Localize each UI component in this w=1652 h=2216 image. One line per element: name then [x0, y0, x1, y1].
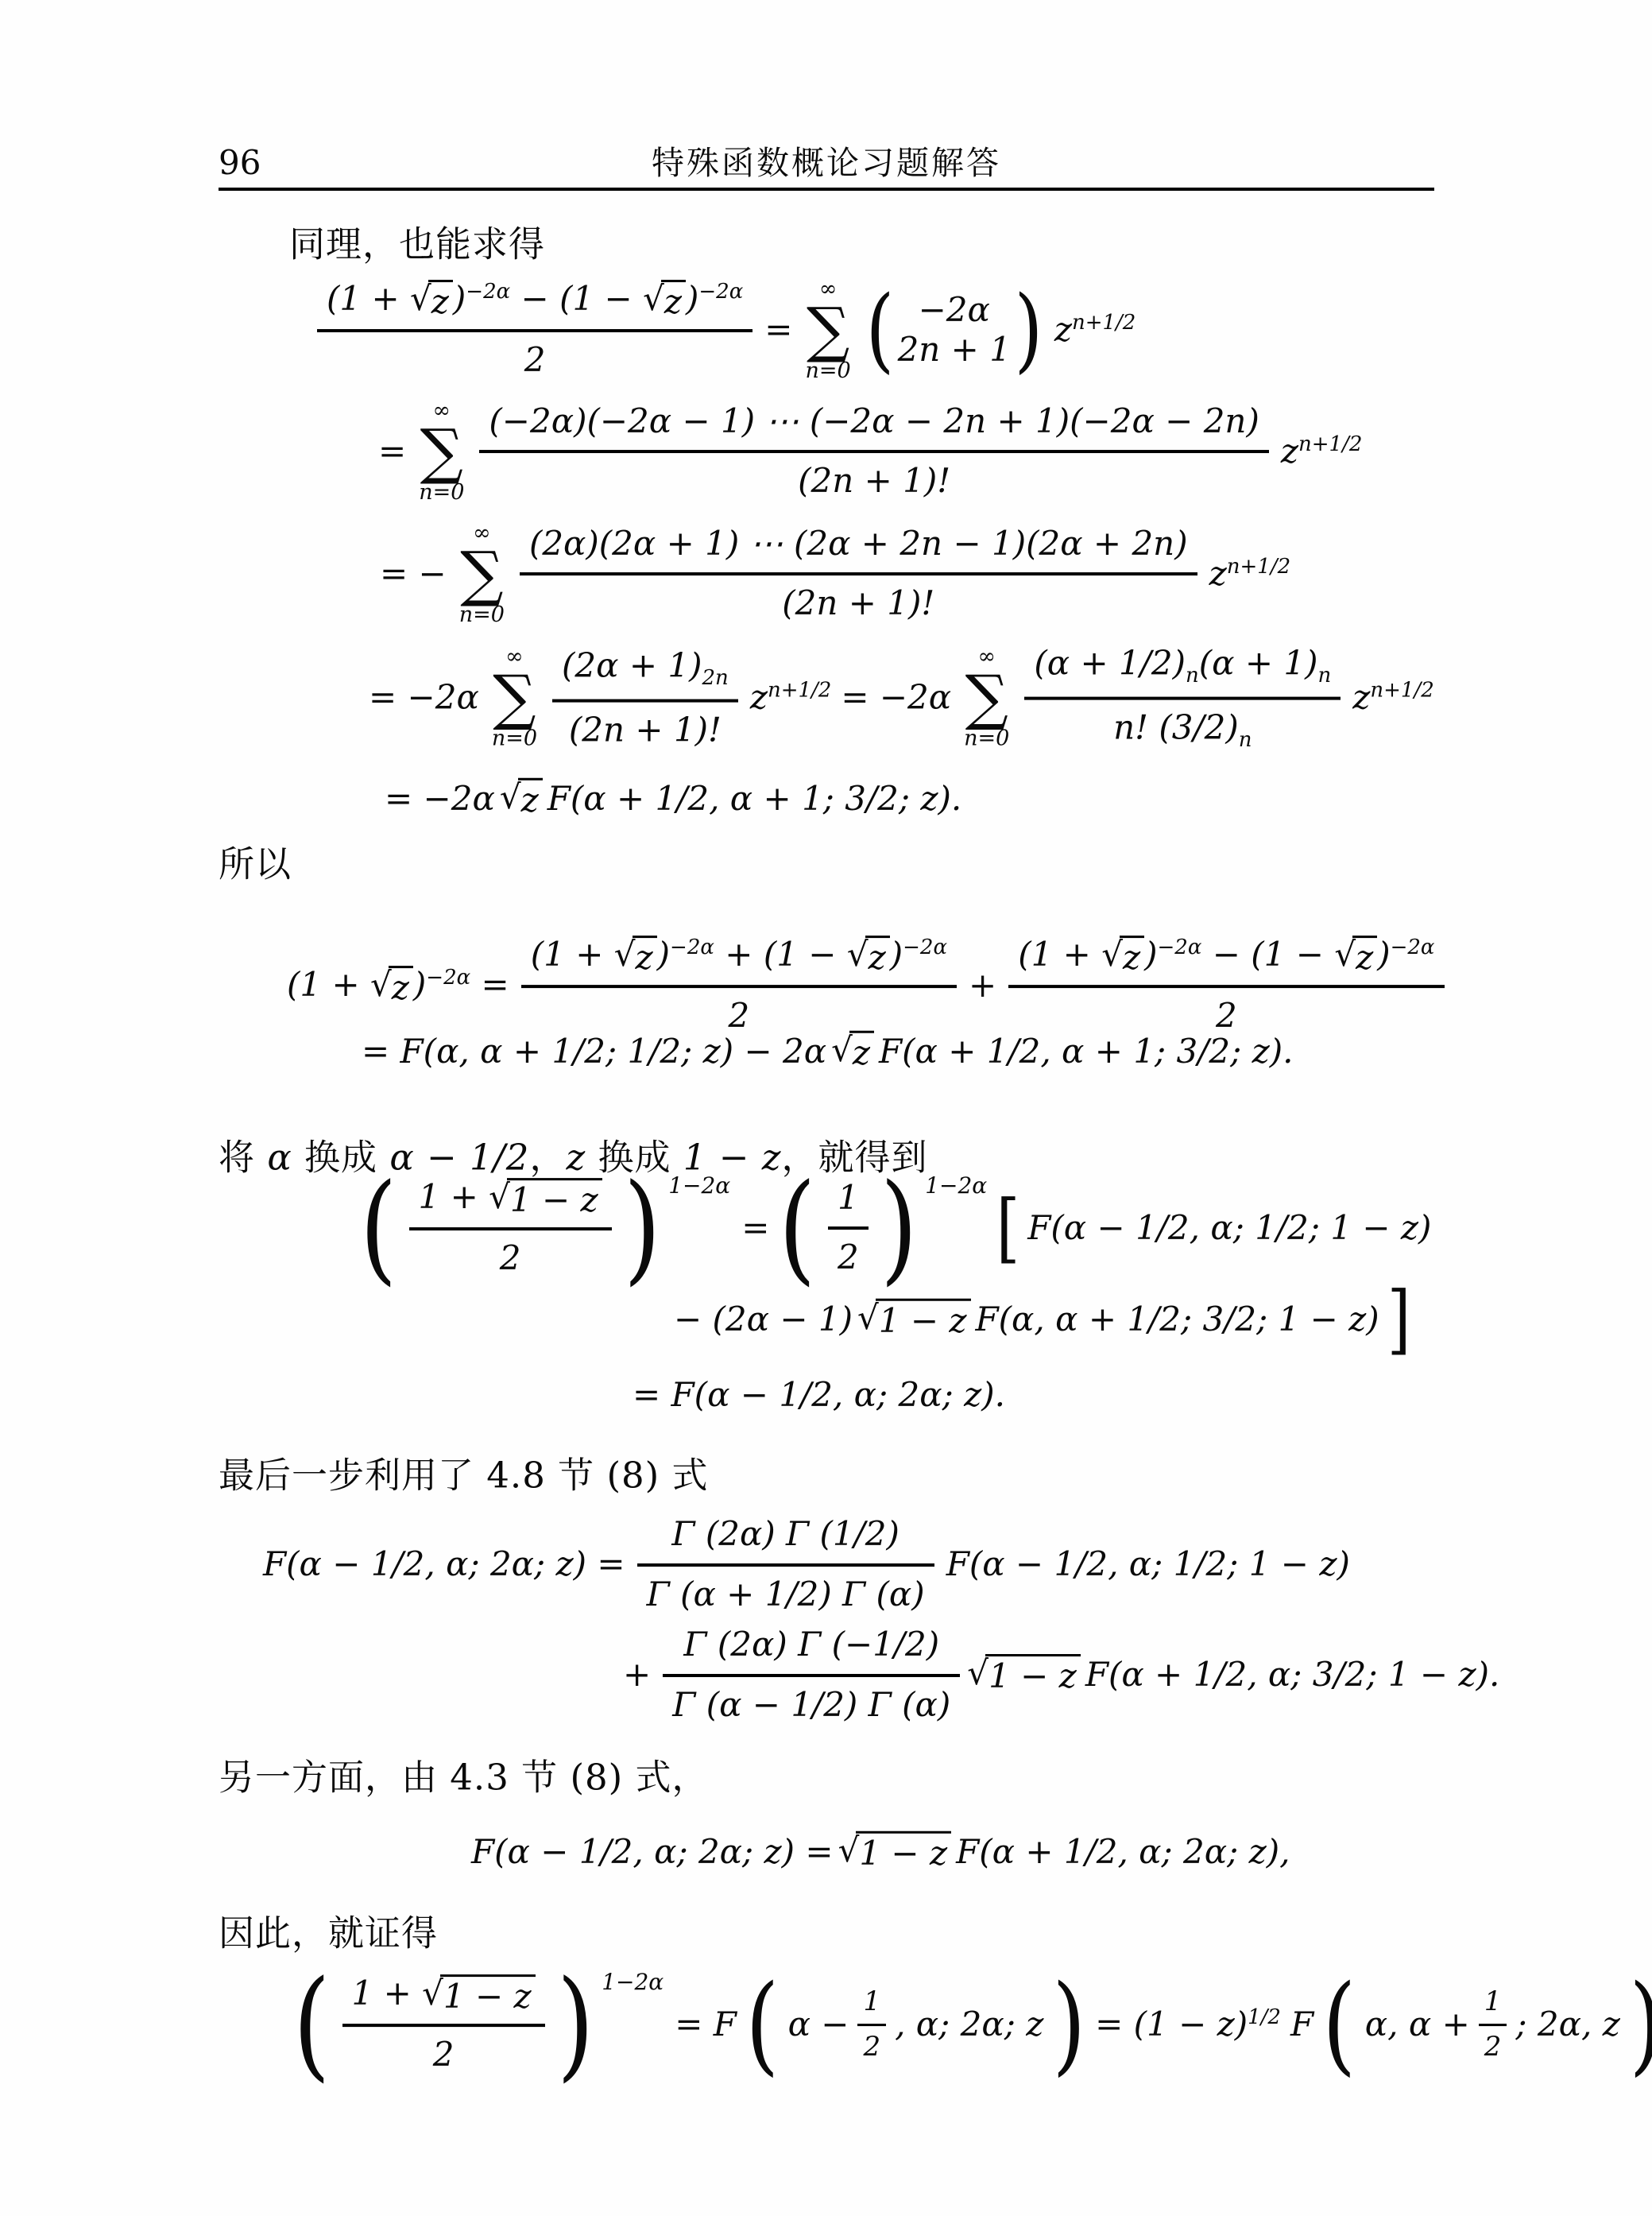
- equation-a2: = ∞ ∑ n=0 (−2α)(−2α − 1) ⋯ (−2α − 2n + 1…: [373, 397, 1367, 506]
- paragraph-therefore: 所以: [219, 835, 292, 887]
- fraction: 1 + √1 − z 2: [409, 1175, 612, 1281]
- equation-a1: (1 + √z)−2α − (1 − √z)−2α 2 = ∞ ∑ n=0 ( …: [310, 276, 1140, 384]
- equation-c3: = F(α − 1/2, α; 2α; z).: [628, 1374, 1010, 1416]
- fraction: Γ (2α) Γ (−1/2) Γ (α − 1/2) Γ (α): [663, 1622, 960, 1727]
- equation-f1: ( 1 + √1 − z 2 ) 1−2α = F ( α − 1 2 , α;…: [288, 1971, 1652, 2078]
- equals-sign: =: [764, 309, 792, 351]
- summation: ∞ ∑ n=0: [459, 520, 505, 628]
- plus-sign: +: [623, 1654, 651, 1696]
- sigma-icon: ∑: [965, 670, 1008, 726]
- sigma-icon: ∑: [420, 424, 463, 479]
- power-term: zn+1/2: [1352, 677, 1434, 719]
- binomial-coefficient: ( −2α2n + 1 ): [862, 290, 1047, 370]
- fraction-numerator: (1 + √z)−2α − (1 − √z)−2α: [317, 277, 752, 332]
- relation: = −2α: [369, 677, 479, 719]
- page-title: 特殊函数概论习题解答: [314, 137, 1339, 184]
- power-term: zn+1/2: [1209, 553, 1291, 595]
- sqrt-icon: √z: [500, 778, 543, 819]
- fraction: (1 + √z)−2α + (1 − √z)−2α 2: [521, 932, 957, 1039]
- paragraph-substitute: 将 α 换成 α − 1/2，z 换成 1 − z，就得到: [219, 1129, 927, 1180]
- fraction: (−2α)(−2α − 1) ⋯ (−2α − 2n + 1)(−2α − 2n…: [479, 399, 1268, 504]
- fraction: 1 + √1 − z 2: [342, 1971, 545, 2078]
- sqrt-icon: √z: [1334, 936, 1377, 977]
- exponent: 1−2α: [668, 1172, 730, 1199]
- header-rule: [219, 188, 1434, 191]
- equation-d2: + Γ (2α) Γ (−1/2) Γ (α − 1/2) Γ (α) √1 −…: [618, 1622, 1504, 1727]
- equation-c2: − (2α − 1) √1 − z F(α, α + 1/2; 3/2; 1 −…: [669, 1299, 1414, 1341]
- power-term: zn+1/2: [1054, 309, 1136, 351]
- sqrt-icon: √1 − z: [422, 1974, 536, 2016]
- fraction: (1 + √z)−2α − (1 − √z)−2α 2: [317, 277, 752, 383]
- sqrt-icon: √1 − z: [838, 1831, 952, 1873]
- equals-sign: =: [378, 431, 406, 473]
- sigma-icon: ∑: [493, 670, 536, 726]
- exponent: 1−2α: [925, 1172, 987, 1199]
- sqrt-icon: √1 − z: [489, 1178, 602, 1219]
- sqrt-icon: √1 − z: [857, 1299, 971, 1340]
- summation: ∞ ∑ n=0: [805, 276, 850, 384]
- summation: ∞ ∑ n=0: [492, 644, 537, 752]
- fraction-denominator: 2: [317, 332, 752, 383]
- fraction: (2α)(2α + 1) ⋯ (2α + 2n − 1)(2α + 2n) (2…: [520, 521, 1197, 626]
- equation-d1: F(α − 1/2, α; 2α; z) = Γ (2α) Γ (1/2) Γ …: [258, 1512, 1355, 1617]
- sqrt-icon: √z: [614, 936, 657, 977]
- sum-lower-limit: n=0: [805, 358, 850, 384]
- page-number: 96: [219, 143, 314, 182]
- sigma-icon: ∑: [807, 302, 849, 358]
- sqrt-icon: √z: [643, 280, 686, 321]
- equation-b1: (1 + √z)−2α = (1 + √z)−2α + (1 − √z)−2α …: [282, 932, 1452, 1039]
- exponent: 1−2α: [602, 1968, 664, 1996]
- fraction: (1 + √z)−2α − (1 − √z)−2α 2: [1008, 932, 1444, 1039]
- fraction: (α + 1/2)n(α + 1)n n! (3/2)n: [1024, 641, 1341, 755]
- equation-e1: F(α − 1/2, α; 2α; z) = √1 − z F(α + 1/2,…: [466, 1831, 1295, 1873]
- relation: = F: [675, 2004, 737, 2046]
- sqrt-icon: √z: [370, 966, 413, 1007]
- sqrt-icon: √z: [410, 280, 453, 321]
- fraction: 1 2: [828, 1176, 869, 1280]
- paragraph-laststep: 最后一步利用了 4.8 节 (8) 式: [219, 1447, 709, 1498]
- equation-c1: ( 1 + √1 − z 2 ) 1−2α = ( 1 2 ) 1−2α [ F…: [355, 1175, 1436, 1281]
- fraction: Γ (2α) Γ (1/2) Γ (α + 1/2) Γ (α): [637, 1512, 934, 1617]
- relation: = (1 − z)1/2: [1095, 2004, 1281, 2046]
- relation: = −2α: [841, 677, 951, 719]
- equation-b2: = F(α, α + 1/2; 1/2; z) − 2α √z F(α + 1/…: [357, 1031, 1298, 1073]
- power-term: zn+1/2: [1281, 431, 1363, 473]
- sigma-icon: ∑: [460, 546, 503, 602]
- equals-sign: =: [741, 1207, 769, 1249]
- book-page: 96 特殊函数概论习题解答 同理，也能求得 (1 + √z)−2α − (1 −…: [0, 0, 1652, 2216]
- plus-sign: +: [969, 965, 996, 1007]
- fraction: 1 2: [857, 1985, 886, 2063]
- summation: ∞ ∑ n=0: [419, 397, 464, 506]
- page-header: 96 特殊函数概论习题解答: [219, 137, 1434, 184]
- sqrt-icon: √z: [831, 1031, 874, 1072]
- equation-a3: = − ∞ ∑ n=0 (2α)(2α + 1) ⋯ (2α + 2n − 1)…: [375, 520, 1295, 628]
- equals-minus-sign: = −: [380, 553, 447, 595]
- equation-a4: = −2α ∞ ∑ n=0 (2α + 1)2n (2n + 1)! zn+1/…: [364, 641, 1439, 755]
- paragraph-intro: 同理，也能求得: [289, 215, 545, 267]
- summation: ∞ ∑ n=0: [964, 644, 1009, 752]
- paragraph-conclusion: 因此，就证得: [219, 1904, 438, 1956]
- lhs-term: (1 + √z)−2α =: [287, 964, 509, 1007]
- power-term: zn+1/2: [750, 677, 832, 719]
- equation-a5: = −2α √z F(α + 1/2, α + 1; 3/2; z).: [380, 778, 966, 820]
- sqrt-icon: √z: [847, 936, 890, 977]
- sqrt-icon: √z: [1101, 936, 1144, 977]
- fraction: (2α + 1)2n (2n + 1)!: [552, 643, 738, 752]
- fraction: 1 2: [1479, 1985, 1507, 2063]
- sqrt-icon: √1 − z: [967, 1654, 1081, 1695]
- paragraph-otherhand: 另一方面，由 4.3 节 (8) 式，: [219, 1749, 709, 1800]
